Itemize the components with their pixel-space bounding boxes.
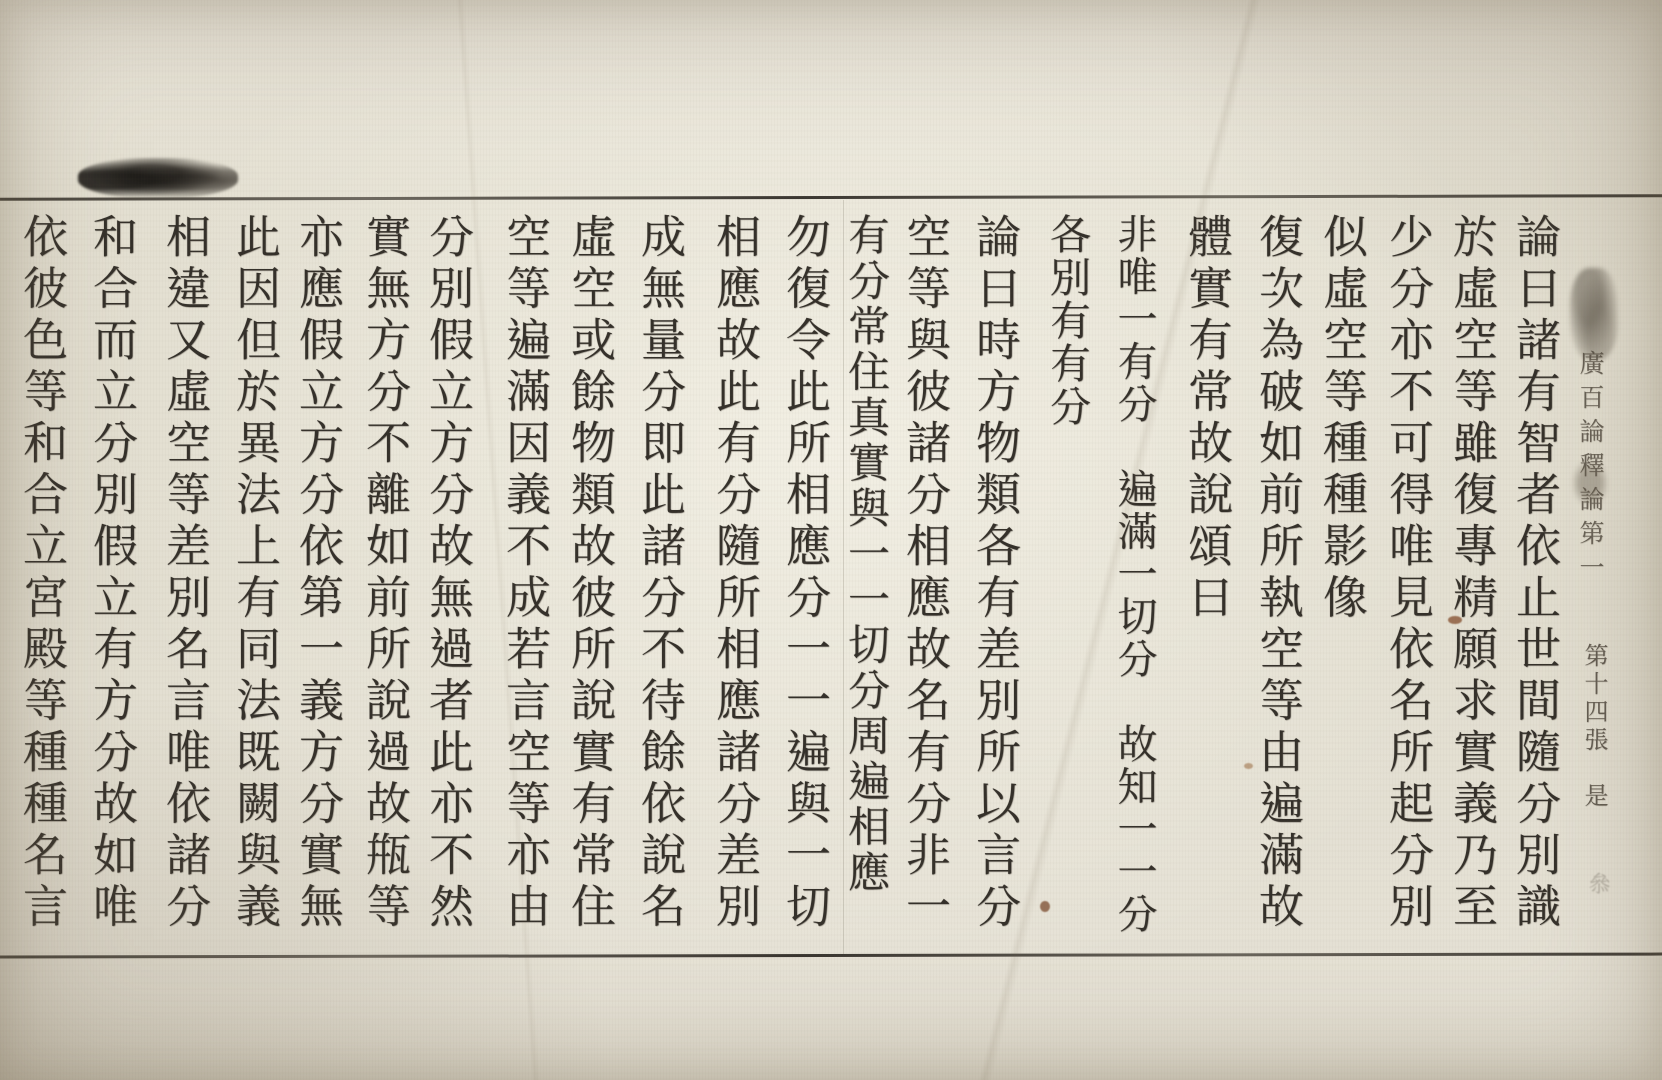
text-column: 似虛空等種種影像	[1319, 213, 1364, 625]
faint-margin-mark: 叅	[1586, 872, 1608, 894]
text-column: 依彼色等和合立宮殿等種種名言	[19, 213, 64, 934]
ink-smudge	[78, 158, 238, 198]
ink-smudge	[1570, 268, 1618, 360]
frame-rule-bottom	[0, 953, 1662, 959]
text-column: 勿復令此所相應分一一遍與一切	[782, 213, 827, 934]
text-column: 有分常住真實與一一切分周遍相應	[845, 213, 887, 896]
text-column: 相應故此有分隨所相應諸分差別	[712, 213, 757, 934]
sheet-number-label: 第十四張 是	[1582, 643, 1606, 811]
text-column: 亦應假立方分依第一義方分實無	[295, 213, 340, 934]
text-column: 空等與彼諸分相應故名有分非一	[902, 213, 947, 934]
text-column: 實無方分不離如前所說過故甁等	[362, 213, 407, 934]
text-column: 虛空或餘物類故彼所說實有常住	[567, 213, 612, 934]
text-column: 此因但於異法上有同法既闕與義	[232, 213, 277, 934]
manuscript-page: 論曰諸有智者依止世間隨分別識 於虛空等雖復專精願求實義乃至 少分亦不可得唯見依名…	[0, 0, 1662, 1080]
frame-rule-top	[0, 194, 1662, 200]
verse-column: 各別有有分	[1046, 213, 1087, 428]
text-column: 論曰諸有智者依止世間隨分別識	[1512, 213, 1557, 934]
text-column: 和合而立分別假立有方分故如唯	[89, 213, 134, 934]
text-column: 於虛空等雖復專精願求實義乃至	[1449, 213, 1494, 934]
running-title: 廣百論釋論第一	[1578, 350, 1603, 588]
text-column: 空等遍滿因義不成若言空等亦由	[502, 213, 547, 934]
text-column: 分別假立方分故無過者此亦不然	[425, 213, 470, 934]
text-column: 成無量分即此諸分不待餘依說名	[637, 213, 682, 934]
verse-column: 非唯一有分 遍滿一切分 故知一一分	[1114, 213, 1154, 936]
text-column: 復次為破如前所執空等由遍滿故	[1255, 213, 1300, 934]
paper-stain	[1040, 901, 1050, 912]
text-column: 體實有常故說頌曰	[1184, 213, 1229, 625]
text-column: 論曰時方物類各有差別所以言分	[972, 213, 1017, 934]
text-column: 少分亦不可得唯見依名所起分別	[1385, 213, 1430, 934]
text-column: 相違又虛空等差別名言唯依諸分	[162, 213, 207, 934]
